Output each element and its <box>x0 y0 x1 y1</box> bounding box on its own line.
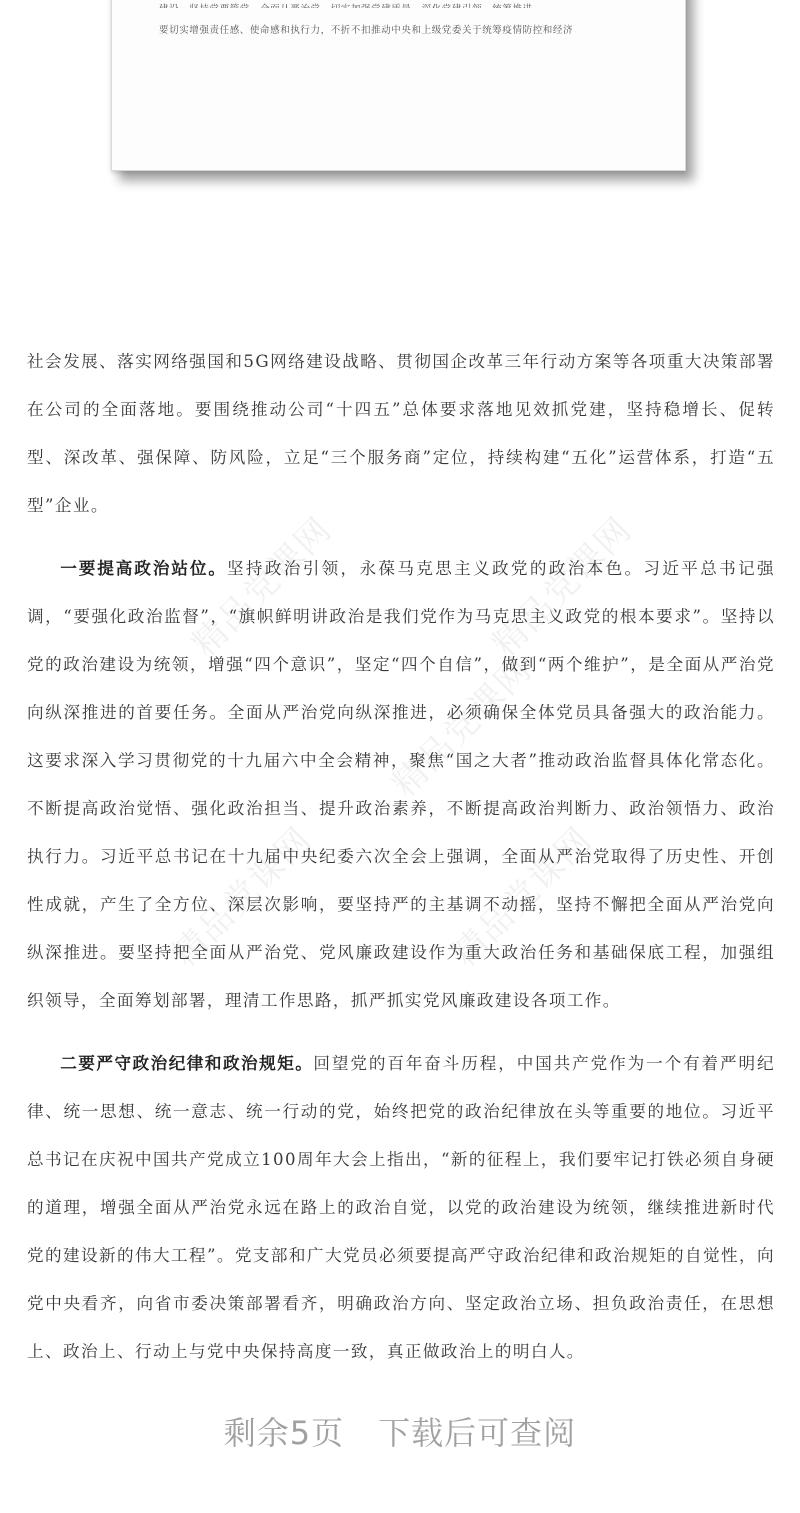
intro-paragraph: 社会发展、落实网络强国和5G网络建设战略、贯彻国企改革三年行动方案等各项重大决策… <box>27 338 775 530</box>
preview-line: 要切实增强责任感、使命感和执行力，不折不扣推动中央和上级党委关于统筹疫情防控和经… <box>159 22 649 36</box>
section-1-body: 坚持政治引领，永葆马克思主义政党的政治本色。习近平总书记强调，“要强化政治监督”… <box>27 559 775 1010</box>
section-2-heading: 二要严守政治纪律和政治规矩。 <box>60 1053 313 1073</box>
section-2-body: 回望党的百年奋斗历程，中国共产党作为一个有着严明纪律、统一思想、统一意志、统一行… <box>27 1054 775 1361</box>
section-2-paragraph: 二要严守政治纪律和政治规矩。回望党的百年奋斗历程，中国共产党作为一个有着严明纪律… <box>27 1039 775 1376</box>
section-1-heading: 一要提高政治站位。 <box>60 558 227 578</box>
preview-page-card: 建设，坚持党要管党、全面从严治党，切实加强党建质量，深化党建引领，统筹推进， 要… <box>111 0 686 171</box>
remaining-pages-label: 剩余5页 <box>224 1408 344 1454</box>
download-to-view-label: 下载后可查阅 <box>378 1408 576 1454</box>
section-1-paragraph: 一要提高政治站位。坚持政治引领，永葆马克思主义政党的政治本色。习近平总书记强调，… <box>27 544 775 1025</box>
remaining-pages-banner[interactable]: 剩余5页下载后可查阅 <box>0 1408 800 1454</box>
preview-line-cut: 建设，坚持党要管党、全面从严治党，切实加强党建质量，深化党建引领，统筹推进， <box>159 1 649 8</box>
document-body: 社会发展、落实网络强国和5G网络建设战略、贯彻国企改革三年行动方案等各项重大决策… <box>27 338 775 1376</box>
